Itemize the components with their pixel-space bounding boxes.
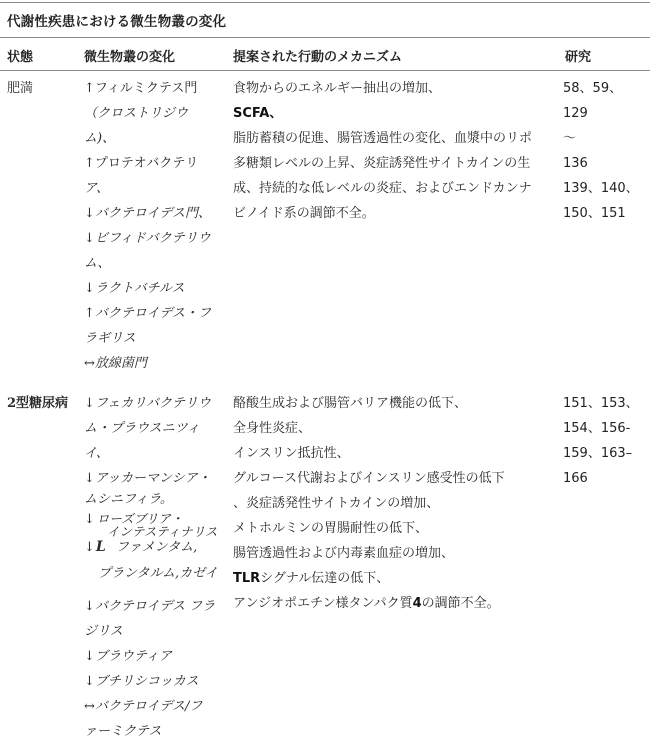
study-refs-line: 166: [563, 466, 639, 491]
mechanism-line: 多糖類レベルの上昇、炎症誘発性サイトカインの生: [233, 151, 532, 176]
microbiota-line: ↑フィルミクテス門: [84, 76, 211, 101]
mechanism-line: メトホルミンの胃腸耐性の低下、: [233, 516, 505, 541]
microbiota-line: ↓フェカリバクテリウ: [84, 391, 218, 416]
microbiota-line: ↑バクテロイデス・フ: [84, 301, 211, 326]
microbiota-cell: ↓フェカリバクテリウ ム・プラウスニツィ イ、 ↓アッカーマンシア・ ムシニフィ…: [84, 391, 218, 743]
mechanism-line: グルコース代謝およびインスリン感受性の低下: [233, 466, 505, 491]
microbiota-line: ↔放線菌門: [84, 351, 211, 376]
mechanism-line: 食物からのエネルギー抽出の増加、: [233, 76, 532, 101]
microbiota-line: イ、: [84, 441, 218, 466]
mechanism-cell: 食物からのエネルギー抽出の増加、 SCFA、 脂肪蓄積の促進、腸管透過性の変化、…: [233, 76, 532, 226]
study-refs-line: 58、59、: [563, 76, 639, 101]
study-refs-line: 129: [563, 101, 639, 126]
study-refs-line: 136: [563, 151, 639, 176]
protein-number: 4: [413, 596, 422, 611]
header-rule: [0, 70, 650, 71]
mechanism-line: 脂肪蓄積の促進、腸管透過性の変化、血漿中のリポ: [233, 126, 532, 151]
table-top-rule: [0, 2, 650, 3]
mechanism-line: SCFA、: [233, 101, 532, 126]
microbiota-line: ム、: [84, 251, 211, 276]
mechanism-line: 、炎症誘発性サイトカインの増加、: [233, 491, 505, 516]
mechanism-text: アンジオポエチン様タンパク質: [233, 596, 413, 611]
mechanism-line: ビノイド系の調節不全。: [233, 201, 532, 226]
studies-cell: 151、153、 154、156- 159、163– 166: [563, 391, 639, 491]
microbiota-line: ↓アッカーマンシア・: [84, 466, 218, 491]
studies-cell: 58、59、 129 ～ 136 139、140、 150、151: [563, 76, 639, 226]
microbiota-line: ↓ローズブリア・インテスティナリス: [84, 509, 218, 537]
microbiota-line: ム・プラウスニツィ: [84, 416, 218, 441]
mechanism-line: 全身性炎症、: [233, 416, 505, 441]
down-arrow: ↓: [84, 540, 95, 555]
study-refs-line: 159、163–: [563, 441, 639, 466]
microbiota-line: ァーミクテス: [84, 719, 218, 743]
microbiota-line: ジリス: [84, 619, 218, 644]
mechanism-line: インスリン抵抗性、: [233, 441, 505, 466]
microbiota-line: ↓ラクトバチルス: [84, 276, 211, 301]
header-studies: 研究: [565, 46, 591, 65]
mechanism-line: 酪酸生成および腸管バリア機能の低下、: [233, 391, 505, 416]
microbiota-line: ア、: [84, 176, 211, 201]
tlr-abbrev: TLR: [233, 571, 260, 586]
study-refs-line: 139、140、: [563, 176, 639, 201]
microbiota-line: プランタルム,カゼイ: [84, 561, 218, 586]
microbiota-line: ↓ビフィドバクテリウ: [84, 226, 211, 251]
header-condition: 状態: [7, 46, 33, 65]
genus-abbrev: L: [96, 539, 106, 555]
mechanism-line: 腸管透過性および内毒素血症の増加、: [233, 541, 505, 566]
study-refs-line: 150、151: [563, 201, 639, 226]
condition-cell: 2型糖尿病: [7, 391, 68, 416]
microbiota-line: ↓L ファメンタム,: [84, 537, 218, 561]
mechanism-line: アンジオポエチン様タンパク質4の調節不全。: [233, 591, 505, 616]
microbiota-cell: ↑フィルミクテス門 （クロストリジウ ム)、 ↑プロテオバクテリ ア、 ↓バクテ…: [84, 76, 211, 376]
mechanism-text: の調節不全。: [422, 596, 500, 611]
condition-label: 肥満: [7, 76, 33, 101]
microbiota-line: ↓ブチリシコッカス: [84, 669, 218, 694]
header-microbiota-change: 微生物叢の変化: [84, 46, 175, 65]
condition-cell: 肥満: [7, 76, 33, 101]
microbiota-line: ↓バクテロイデス フラ: [84, 594, 218, 619]
study-refs-line: ～: [563, 126, 639, 151]
mechanism-line: TLRシグナル伝達の低下、: [233, 566, 505, 591]
down-arrow: ↓: [84, 512, 95, 527]
microbiota-line: ↑プロテオバクテリ: [84, 151, 211, 176]
mechanism-text: シグナル伝達の低下、: [260, 571, 389, 586]
study-refs-line: 154、156-: [563, 416, 639, 441]
header-mechanism: 提案された行動のメカニズム: [233, 46, 402, 65]
species-name: ファメンタム,: [116, 540, 197, 555]
table-caption: 代謝性疾患における微生物叢の変化: [7, 10, 226, 30]
mechanism-cell: 酪酸生成および腸管バリア機能の低下、 全身性炎症、 インスリン抵抗性、 グルコー…: [233, 391, 505, 616]
microbiota-line: ラギリス: [84, 326, 211, 351]
study-refs-line: 151、153、: [563, 391, 639, 416]
microbiota-line: ↓バクテロイデス門、: [84, 201, 211, 226]
microbiota-line: ムシニフィラ。: [84, 491, 218, 509]
stacked-species: ローズブリア・インテスティナリス: [97, 509, 218, 538]
microbiota-line: ↔バクテロイデス/フ: [84, 694, 218, 719]
microbiota-line: （クロストリジウ: [84, 101, 211, 126]
condition-label: 2型糖尿病: [7, 391, 68, 416]
caption-rule: [0, 37, 650, 38]
mechanism-line: 成、持続的な低レベルの炎症、およびエンドカンナ: [233, 176, 532, 201]
microbiota-line: ↓ブラウティア: [84, 644, 218, 669]
microbiota-line: ム)、: [84, 126, 211, 151]
